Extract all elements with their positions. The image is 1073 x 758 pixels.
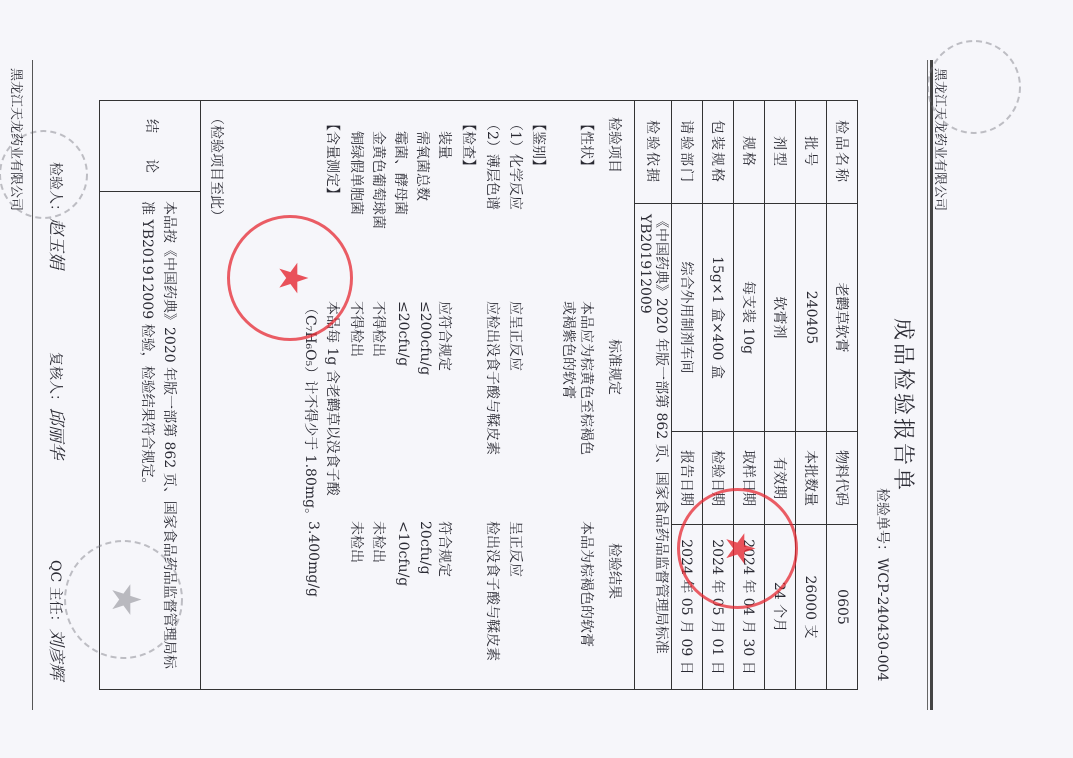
value-basis: 《中国药典》2020 年版一部第 862 页、国家食品药品监督管理局标准 YB2… — [635, 204, 672, 690]
red-seal-inspection: ★ — [227, 215, 353, 341]
star-icon: ★ — [717, 531, 763, 567]
item-result: 未检出 — [369, 521, 389, 563]
report-number-label: 检验单号： — [874, 488, 890, 558]
item-item: 金黄色葡萄球菌 — [369, 131, 389, 229]
reviewer-signature: 复核人：邱丽华 — [46, 352, 71, 459]
value-quantity: 26000 支 — [796, 525, 827, 690]
report-number: 检验单号：WCP-240430-004 — [873, 488, 893, 681]
item-result: 检出没食子酸与鞣皮素 — [483, 521, 503, 661]
reviewer-label: 复核人： — [47, 352, 63, 408]
inspection-report-page: 黑龙江天龙药业有限公司 成品检验报告单 检验单号：WCP-240430-004 … — [0, 0, 1073, 758]
inspector-name: 赵玉娟 — [46, 218, 66, 269]
header-standard: 标准规定 — [605, 339, 625, 395]
value-material-code: 0605 — [827, 525, 858, 690]
red-seal-dates: ★ — [677, 488, 798, 609]
star-icon: ★ — [103, 582, 149, 618]
item-item: 铜绿假单胞菌 — [347, 131, 367, 215]
table-row: 检验依据 《中国药典》2020 年版一部第 862 页、国家食品药品监督管理局标… — [635, 101, 672, 690]
value-batch: 240405 — [796, 204, 827, 432]
qc-label: QC 主任： — [47, 560, 63, 629]
inspector-label: 检验人： — [47, 162, 63, 218]
value-package: 15g×1 盒×400 盒 — [703, 204, 734, 432]
item-standard: 本品每 1g 含老鹳草以没食子酸 — [323, 301, 343, 496]
star-icon: ★ — [269, 260, 315, 296]
item-result: 3.400mg/g — [305, 521, 321, 597]
header-rule-thin — [927, 60, 928, 710]
label-product-name: 检品名称 — [827, 101, 858, 204]
label-spec: 规格 — [734, 101, 765, 204]
item-item: （1）化学反应 — [506, 117, 526, 210]
item-item: 【鉴别】 — [529, 117, 549, 173]
label-material-code: 物料代码 — [827, 432, 858, 525]
label-quantity: 本批数量 — [796, 432, 827, 525]
item-result: 呈正反应 — [506, 521, 526, 577]
conclusion-label-2: 论 — [142, 159, 162, 173]
label-batch: 批号 — [796, 101, 827, 204]
table-row: 批号 240405 本批数量 26000 支 — [796, 101, 827, 690]
item-item: 【含量测定】 — [323, 117, 343, 201]
label-dosage-form: 剂型 — [765, 101, 796, 204]
item-standard: 不得检出 — [347, 301, 367, 357]
item-standard: 本品应为棕黄色至棕褐色 — [577, 301, 597, 455]
label-department: 请验部门 — [672, 101, 703, 204]
end-note: （检验项目至此） — [207, 111, 227, 223]
item-item: 需氧菌总数 — [413, 131, 433, 201]
inspector-signature: 检验人：赵玉娟 — [46, 162, 71, 269]
item-standard: 应检出没食子酸与鞣皮素 — [483, 301, 503, 455]
conclusion-label-1: 结 — [142, 119, 162, 133]
item-result: <10cfu/g — [395, 521, 411, 586]
item-standard: ≤20cfu/g — [395, 301, 411, 366]
table-row: 剂型 软膏剂 有效期 24 个月 — [765, 101, 796, 690]
item-item: 【检查】 — [459, 117, 479, 173]
header-result: 检验结果 — [605, 543, 625, 599]
gray-seal-top — [927, 40, 1021, 134]
conclusion-label: 结 论 — [100, 101, 200, 192]
item-item: （2）薄层色谱 — [483, 117, 503, 210]
item-item: 【性状】 — [577, 117, 597, 173]
label-basis: 检验依据 — [635, 101, 672, 204]
value-dosage-form: 软膏剂 — [765, 204, 796, 432]
header-item: 检验项目 — [605, 117, 625, 173]
item-standard: 应符合规定 — [435, 301, 455, 371]
item-result: 20cfu/g — [417, 521, 433, 575]
item-standard: 或褐紫色的软膏 — [559, 301, 579, 399]
report-number-value: WCP-240430-004 — [874, 558, 890, 681]
item-result: 本品为棕褐色的软膏 — [577, 521, 597, 647]
item-item: 装量 — [435, 131, 455, 159]
value-product-name: 老鹳草软膏 — [827, 204, 858, 432]
item-result: 符合规定 — [435, 521, 455, 577]
table-row: 请验部门 综合外用制剂车间 报告日期 2024 年 05 月 09 日 — [672, 101, 703, 690]
item-standard: 不得检出 — [369, 301, 389, 357]
gray-seal-qc: ★ — [64, 540, 183, 659]
header-rule — [930, 60, 933, 710]
test-items-section: 检验项目 标准规定 检验结果 【性状】本品应为棕黄色至棕褐色本品为棕褐色的软膏或… — [200, 100, 639, 690]
reviewer-name: 邱丽华 — [46, 408, 66, 459]
qc-signature: QC 主任：刘彦辉 — [46, 560, 71, 680]
item-standard: ≤200cfu/g — [417, 301, 433, 375]
table-row: 检品名称 老鹳草软膏 物料代码 0605 — [827, 101, 858, 690]
item-standard: 应呈正反应 — [506, 301, 526, 371]
qc-name: 刘彦辉 — [46, 629, 66, 680]
footer-rule — [32, 60, 33, 710]
report-title: 成品检验报告单 — [889, 318, 920, 493]
label-package: 包装规格 — [703, 101, 734, 204]
value-department: 综合外用制剂车间 — [672, 204, 703, 432]
item-result: 未检出 — [347, 521, 367, 563]
value-spec: 每支装 10g — [734, 204, 765, 432]
item-item: 霉菌、酵母菌 — [391, 131, 411, 215]
footer-company: 黑龙江天龙药业有限公司 — [8, 68, 27, 211]
